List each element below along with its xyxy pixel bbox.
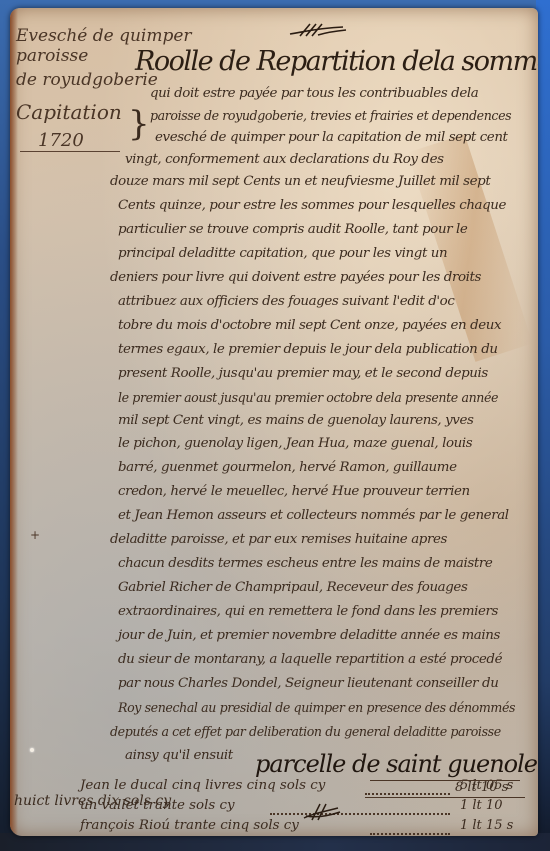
body-line-21: chacun desdits termes escheus entre les … (118, 556, 492, 571)
ledger-leader-dots (370, 831, 450, 835)
body-line-4: vingt, conformement aux declarations du … (125, 152, 444, 167)
body-line-8: principal deladitte capitation, que pour… (118, 246, 447, 261)
body-line-16: le pichon, guenolay ligen, Jean Hua, maz… (118, 436, 472, 451)
document-title: Roolle de Repartition dela somme (135, 46, 538, 77)
ledger-entry-name: Jean le ducal cinq livres cinq sols cy (80, 778, 325, 793)
body-line-23: extraordinaires, qui en remettera le fon… (118, 604, 498, 619)
parcelle-title: parcelle de saint guenole (255, 750, 537, 778)
ledger-leader-dots (270, 811, 450, 815)
body-line-27: Roy senechal au presidial de quimper en … (118, 700, 515, 715)
body-line-10: attribuez aux officiers des fouages suiv… (118, 294, 454, 309)
body-line-15: mil sept Cent vingt, es mains de guenola… (118, 413, 473, 428)
ledger-entry-name: françois Rioú trante cinq sols cy (80, 818, 299, 833)
brace-mark: } (128, 104, 150, 144)
margin-heading-tax: Capitation (16, 100, 122, 124)
margin-heading-parish-label: paroisse (16, 46, 88, 66)
body-line-11: tobre du mois d'octobre mil sept Cent on… (118, 318, 501, 333)
total-rule-lower (365, 797, 525, 798)
manuscript-page: Evesché de quimper paroisse de royudgobe… (10, 8, 538, 836)
ledger-total-amount: 8 lt 10 s (455, 780, 508, 795)
body-line-13: present Roolle, jusqu'au premier may, et… (118, 366, 488, 381)
body-line-14: le premier aoust jusqu'au premier octobr… (118, 390, 498, 405)
ledger-total-words: huict livres dix sols cy (14, 793, 171, 809)
body-line-18: credon, hervé le meuellec, hervé Hue pro… (118, 484, 470, 499)
year-underline (20, 151, 120, 152)
paraph-flourish-icon (288, 22, 348, 38)
body-line-7: particulier se trouve compris audit Rool… (118, 222, 467, 237)
margin-heading-diocese: Evesché de quimper (16, 26, 192, 46)
ledger-leader-dots (365, 791, 450, 795)
body-line-5: douze mars mil sept Cents un et neufvies… (110, 174, 490, 189)
body-line-26: par nous Charles Dondel, Seigneur lieute… (118, 676, 498, 691)
body-line-29: ainsy qu'il ensuit (125, 748, 233, 763)
body-line-2: paroisse de royudgoberie, trevies et fra… (150, 108, 511, 123)
body-line-3: evesché de quimper pour la capitation de… (155, 130, 508, 145)
page-left-edge-stain (10, 8, 18, 836)
ledger-row: françois Rioú trante cinq sols cy 1 lt 1… (80, 818, 520, 836)
paper-hole (30, 748, 34, 752)
ledger-entry-amount: 1 lt 15 s (460, 818, 513, 833)
ledger-entry-amount: 1 lt 10 (460, 798, 502, 813)
margin-mark: + (30, 528, 40, 542)
paraph-signature-icon (302, 800, 342, 822)
body-line-19: et Jean Hemon asseurs et collecteurs nom… (118, 508, 509, 523)
body-line-28: deputés a cet effet par deliberation du … (110, 724, 501, 739)
body-line-6: Cents quinze, pour estre les sommes pour… (118, 198, 506, 213)
body-line-22: Gabriel Richer de Champripaul, Receveur … (118, 580, 467, 595)
body-line-25: du sieur de montarany, a laquelle repart… (118, 652, 502, 667)
body-line-12: termes egaux, le premier depuis le jour … (118, 342, 498, 357)
body-line-9: deniers pour livre qui doivent estre pay… (110, 270, 481, 285)
body-line-20: deladitte paroisse, et par eux remises h… (110, 532, 447, 547)
margin-heading-year: 1720 (38, 130, 84, 151)
body-line-24: jour de Juin, et premier novembre deladi… (118, 628, 500, 643)
blue-background-right (536, 0, 550, 851)
body-line-17: barré, guenmet gourmelon, hervé Ramon, g… (118, 460, 457, 475)
body-line-1: qui doit estre payée par tous les contri… (150, 86, 478, 101)
